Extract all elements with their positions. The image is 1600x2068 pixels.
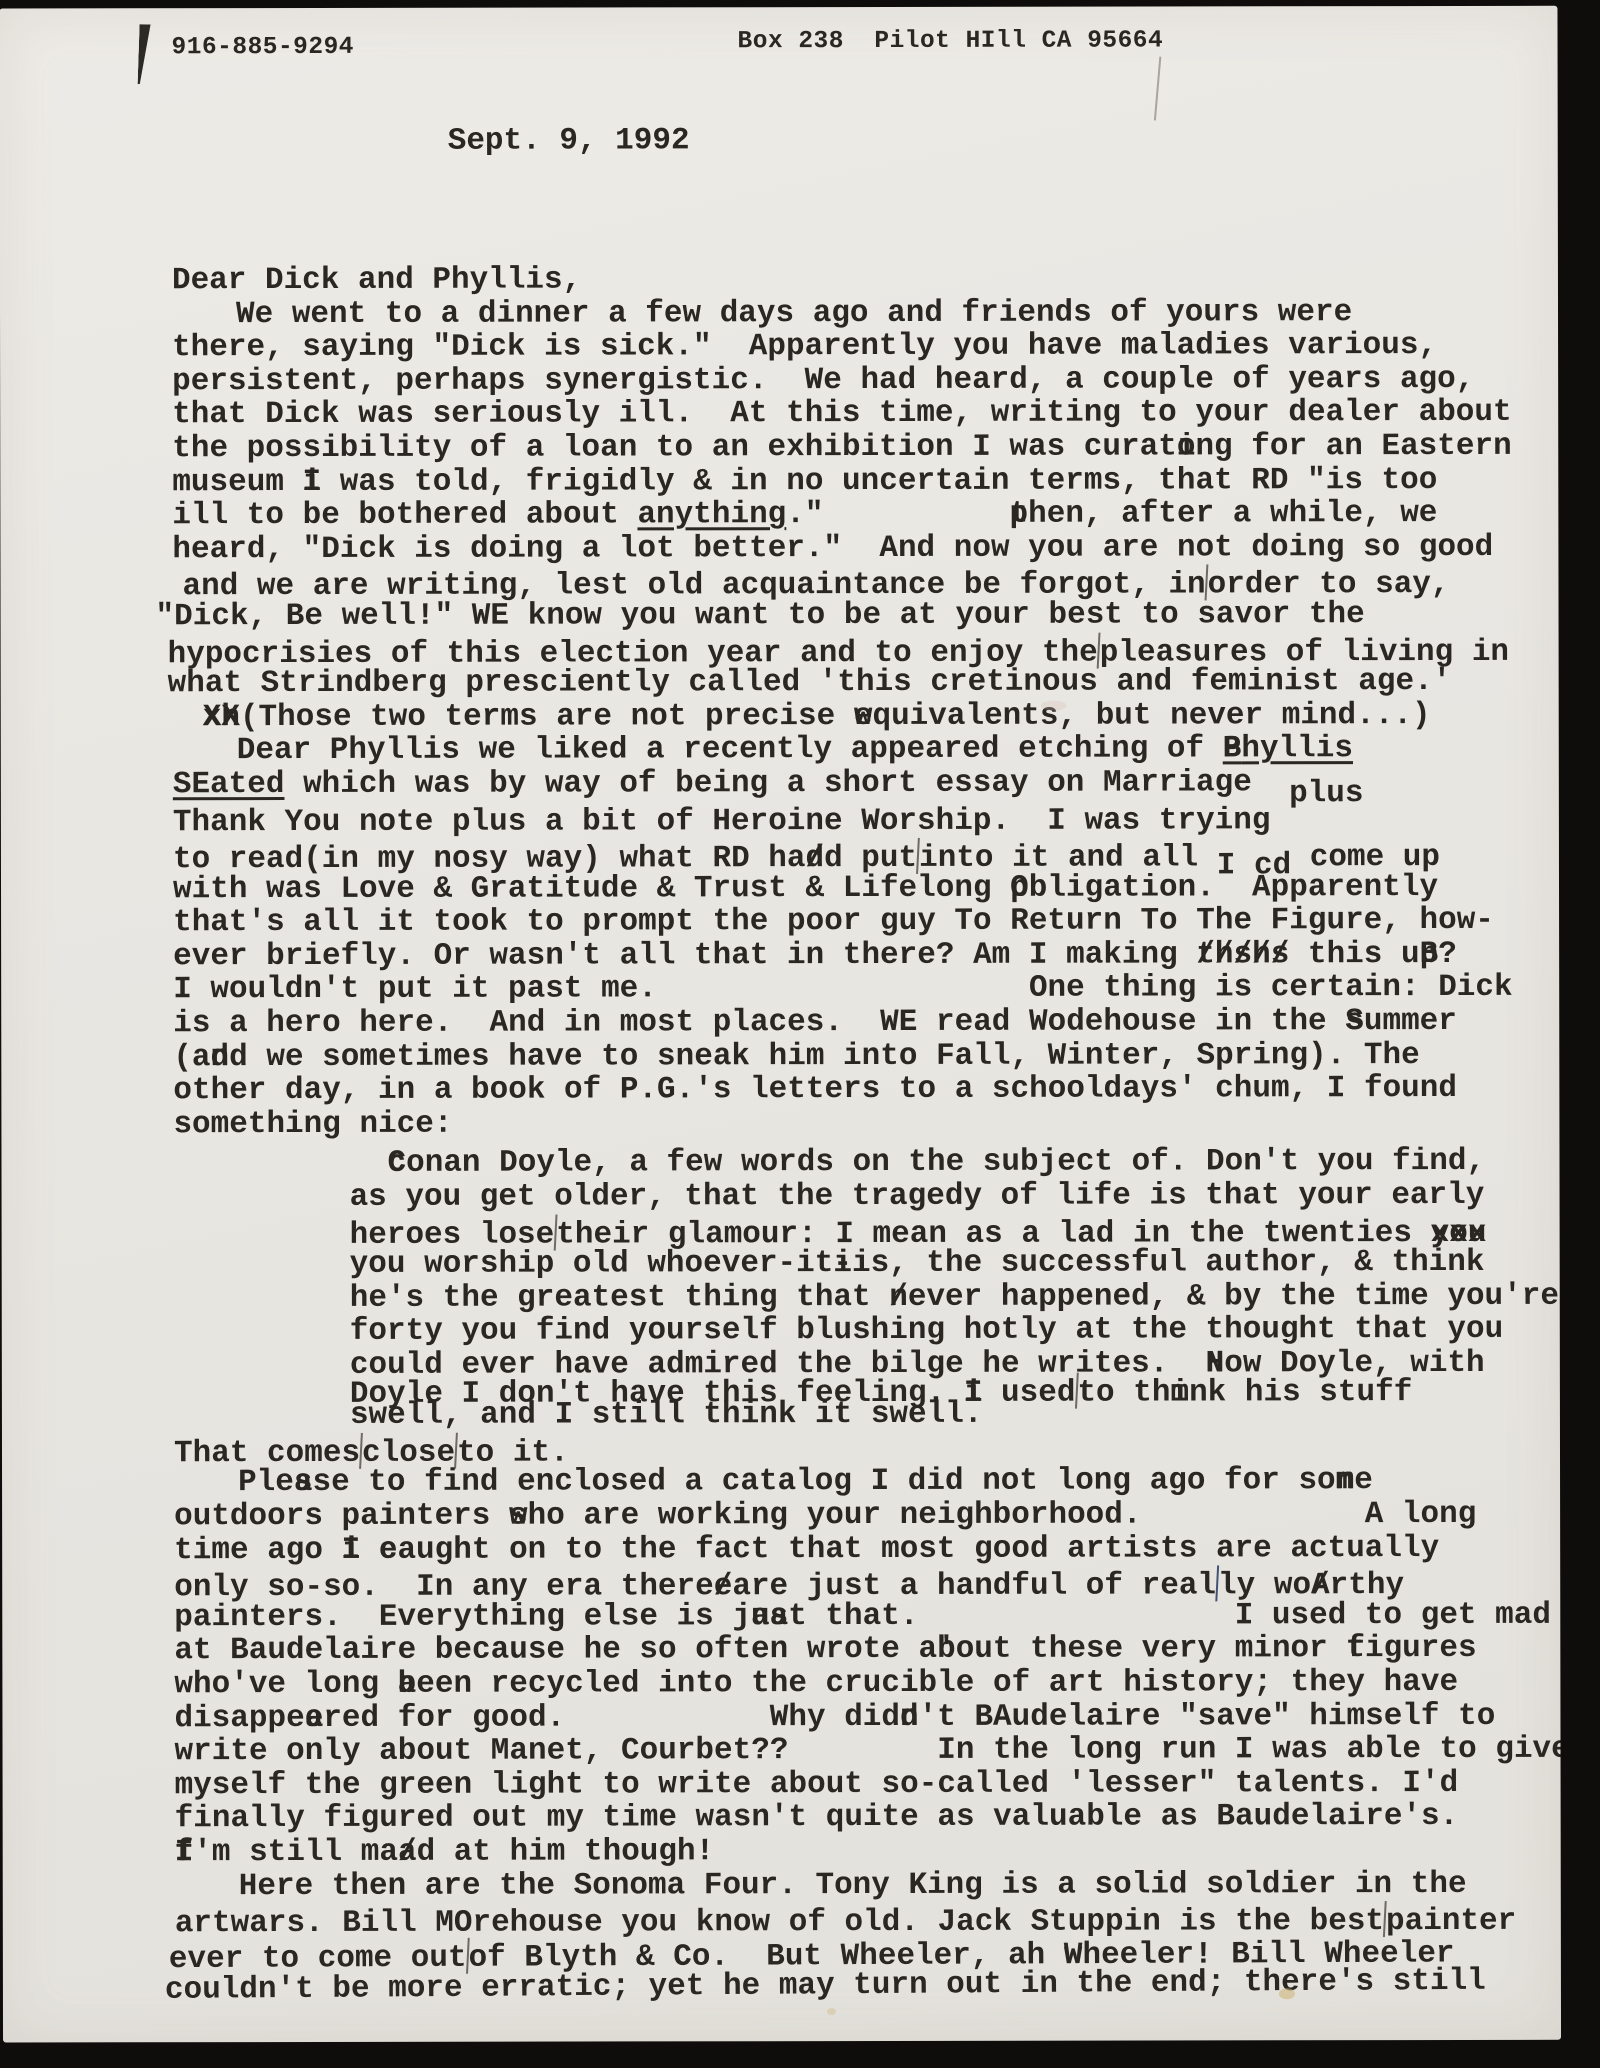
overstrike: fI xyxy=(175,1836,194,1870)
letter-line: he's the greatest thing that n/ever happ… xyxy=(350,1280,1561,1316)
letter-line: We went to a dinner a few days ago and f… xyxy=(236,295,1561,331)
pen-mark xyxy=(553,1214,557,1250)
letter-line: outdoors painters swho are working your … xyxy=(174,1498,1561,1534)
overstrike: sw xyxy=(509,1500,528,1534)
overstrike: n/ xyxy=(889,1281,908,1315)
sender-phone: 916-885-9294 xyxy=(172,34,354,61)
scan-artifact xyxy=(138,24,151,84)
inserted-text: I cd xyxy=(1217,848,1291,883)
letter-line: the possibility of a loan to an exhibiti… xyxy=(172,430,1561,466)
underlined-text: hyllis xyxy=(1241,731,1353,766)
letter-line: fI'm still maa/d at him though! xyxy=(175,1834,1561,1870)
overstrike: ox xyxy=(1449,1217,1468,1251)
letter-line: Dear Dick and Phyllis, xyxy=(172,262,1561,298)
pen-mark xyxy=(359,1433,363,1469)
overstrike: ea xyxy=(305,1701,324,1735)
overstrike: h/ xyxy=(1252,938,1271,972)
pen-mark xyxy=(1205,565,1209,601)
overstrike: HN xyxy=(1206,1347,1225,1381)
pen-mark xyxy=(454,1432,458,1468)
letter-line: time ago Ii ecaught on to the fact that … xyxy=(174,1531,1561,1567)
letter-line: ill to be bothered about anything." pthe… xyxy=(172,497,1561,533)
overstrike: d/ xyxy=(805,842,824,876)
letter-line: heard, "Dick is doing a lot better." And… xyxy=(172,531,1561,567)
letter-line: you worship old whoever-iti-is, the succ… xyxy=(350,1246,1561,1282)
scratch-mark xyxy=(1154,57,1161,121)
overstrike: oi xyxy=(1177,430,1196,464)
letter-line: to read(in my nosy way) what RD had/d pu… xyxy=(173,837,1561,873)
letter-line: what Strindberg presciently called 'this… xyxy=(168,665,1561,701)
overstrike: i- xyxy=(833,1247,852,1281)
overstrike: Ii xyxy=(964,1376,983,1410)
letter-page: 916-885-9294 Box 238 Pilot HIll CA 95664… xyxy=(0,6,1561,2043)
inserted-text: plus xyxy=(1289,776,1363,811)
letter-line: That comescloseto it. xyxy=(174,1431,1561,1467)
letter-line: and we are writing, lest old acquaintanc… xyxy=(182,564,1561,600)
letter-line: Dear Phyllis we liked a recently appeare… xyxy=(237,732,1561,768)
letter-line: artwars. Bill MOrehouse you know of old.… xyxy=(175,1901,1561,1937)
letter-line: as you get older, that the tragedy of li… xyxy=(350,1179,1562,1215)
overstrike: yx xyxy=(1431,1217,1450,1251)
letter-line: cConan Doyle, a few words on the subject… xyxy=(387,1145,1561,1181)
letter-line: heroes losetheir glamour: I mean as a la… xyxy=(350,1212,1561,1248)
letter-line: other day, in a book of P.G.'s letters t… xyxy=(173,1072,1561,1108)
overstrike: b' xyxy=(937,1633,956,1667)
overstrike: s/ xyxy=(1233,938,1252,972)
letter-line: SEated which was by way of being a short… xyxy=(173,766,1561,802)
letter-line: finally figured out my time wasn't quite… xyxy=(175,1800,1561,1836)
pen-mark xyxy=(466,1937,470,1973)
overstrike: xX xyxy=(203,701,222,735)
sender-address: Box 238 Pilot HIll CA 95664 xyxy=(738,27,1164,55)
letter-line: at Baudelaire because he so often wrote … xyxy=(174,1632,1561,1668)
letter-line: xXhX(Those two terms are not precise weq… xyxy=(203,699,1561,735)
overstrike: a/ xyxy=(398,1836,417,1870)
scanned-letter-image: 916-885-9294 Box 238 Pilot HIll CA 95664… xyxy=(0,0,1600,2068)
letter-line: Plesase to find enclosed a catalog I did… xyxy=(238,1464,1561,1500)
pen-mark xyxy=(916,838,920,874)
overstrike: hX xyxy=(221,701,240,735)
pen-mark xyxy=(1075,1372,1079,1408)
letter-line: I wouldn't put it past me. One thing is … xyxy=(173,971,1561,1007)
overstrike: Ii xyxy=(342,1533,361,1567)
letter-line: forty you find yourself blushing hotly a… xyxy=(350,1313,1561,1349)
overstrike: ux xyxy=(1468,1217,1487,1251)
letter-line: who've long abeen recycled into the cruc… xyxy=(174,1666,1561,1702)
overstrike: pt xyxy=(1009,498,1028,532)
overstrike: iI xyxy=(303,466,322,500)
overstrike: nd xyxy=(210,1041,229,1075)
letter-line: only so-so. In any era theree/are just a… xyxy=(174,1565,1561,1601)
letter-line: Here then are the Sonoma Four. Tony King… xyxy=(239,1867,1561,1903)
letter-line: that Dick was seriously ill. At this tim… xyxy=(172,396,1561,432)
letter-line: with was Love & Gratitude & Trust & Life… xyxy=(173,870,1561,906)
underlined-text: anything xyxy=(637,497,786,532)
overstrike: dn xyxy=(900,1700,919,1734)
overstrike: mi xyxy=(1170,1376,1189,1410)
overstrike: cC xyxy=(387,1147,406,1181)
overstrike: BP xyxy=(1223,733,1242,767)
letter-line: painters. Everything else is jauast that… xyxy=(174,1599,1561,1635)
letter-line: hypocrisies of this election year and to… xyxy=(168,631,1561,667)
letter-line: couldn't be more erratic; yet he may tur… xyxy=(165,1964,1561,2007)
overstrike: A/ xyxy=(1311,1569,1330,1603)
pen-mark xyxy=(1215,1566,1219,1602)
letter-line: disappeeared for good. Why diddn't BAude… xyxy=(174,1699,1561,1735)
overstrike: ec xyxy=(379,1533,398,1567)
pen-mark xyxy=(1383,1901,1387,1937)
overstrike: as xyxy=(770,1600,789,1634)
letter-line: persistent, perhaps synergistic. We had … xyxy=(172,363,1561,399)
letter-line: "Dick, Be well!" WE know you want to be … xyxy=(156,598,1562,634)
overstrike: pO xyxy=(1010,871,1029,905)
letter-line: (andd we sometimes have to sneak him int… xyxy=(173,1038,1561,1074)
overstrike: t/ xyxy=(1196,938,1215,972)
overstrike: au xyxy=(751,1600,770,1634)
overstrike: nm xyxy=(1336,1465,1355,1499)
letter-line: ever briefly. Or wasn't all that in ther… xyxy=(173,938,1561,974)
letter-line: that's all it took to prompt the poor gu… xyxy=(173,904,1561,940)
letter-body: Dear Dick and Phyllis,We went to a dinne… xyxy=(172,262,1561,2004)
overstrike: h/ xyxy=(1215,938,1234,972)
letter-line: is a hero here. And in most places. WE r… xyxy=(173,1005,1561,1041)
overstrike: sS xyxy=(1345,1005,1364,1039)
letter-line: museum iI was told, frigidly & in no unc… xyxy=(172,463,1561,499)
stain xyxy=(827,2008,836,2015)
overstrike: sa xyxy=(294,1466,313,1500)
overstrike: we xyxy=(854,700,873,734)
overstrike: s/ xyxy=(1271,938,1290,972)
pen-mark xyxy=(1097,632,1101,668)
letter-line: something nice: xyxy=(173,1106,1561,1142)
letter-line: there, saying "Dick is sick." Apparently… xyxy=(172,329,1561,365)
overstrike: pB xyxy=(1420,938,1439,972)
letter-line: write only about Manet, Courbet?? In the… xyxy=(174,1733,1561,1769)
underlined-text: SEated xyxy=(173,767,285,802)
overstrike: tf xyxy=(1346,1632,1365,1666)
letter-line: myself the green light to write about so… xyxy=(175,1767,1561,1803)
overstrike: e/ xyxy=(714,1570,733,1604)
letter-date: Sept. 9, 1992 xyxy=(448,123,690,158)
overstrike: ab xyxy=(398,1668,417,1702)
